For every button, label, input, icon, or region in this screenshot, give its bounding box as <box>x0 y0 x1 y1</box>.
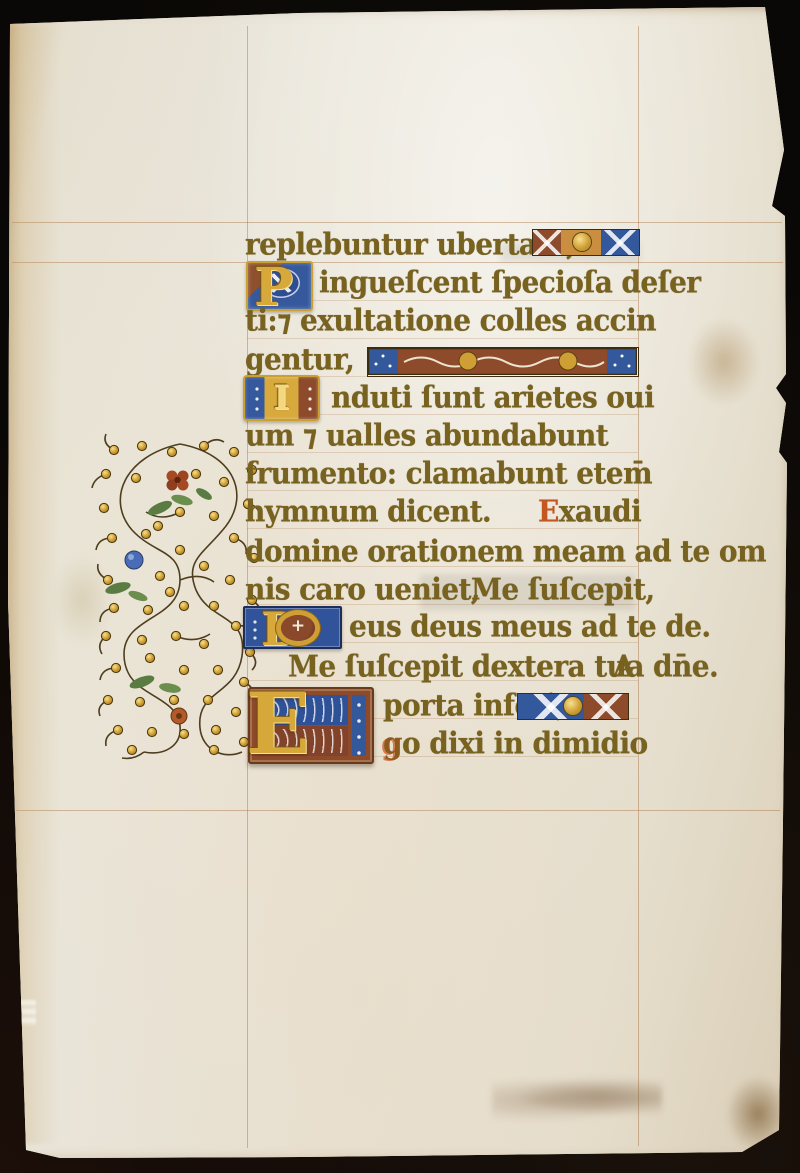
horizontal-ruling <box>12 222 782 223</box>
gold-besant <box>225 575 234 584</box>
text-line-14: go dixi in dimidio <box>383 726 648 761</box>
photograph-of-manuscript-leaf: replebuntur ubertate,ingueſcent ſpecioſa… <box>0 0 800 1173</box>
gold-besant <box>127 745 136 754</box>
gold-besant <box>165 587 174 596</box>
text-segment: um ⁊ ualles abundabunt <box>245 418 608 453</box>
text-run: ingueſcent ſpecioſa deſer <box>319 277 700 297</box>
cross-orb-ornament: + <box>281 615 315 641</box>
text-segment: replebuntur ubertate, <box>245 227 575 262</box>
gold-besant <box>229 447 238 456</box>
gold-besant <box>99 503 108 512</box>
text-run: ti:⁊ exultatione colles accin <box>245 315 656 335</box>
gold-besant <box>175 507 184 516</box>
gold-besant <box>179 601 188 610</box>
text-line-5: nduti ſunt arietes oui <box>331 380 654 415</box>
illuminated-initial-d: D+ <box>243 606 342 649</box>
text-segment: domine orationem meam ad te om <box>245 534 766 569</box>
floral-border-decoration <box>84 430 268 766</box>
text-segment: ti:⁊ exultatione colles accin <box>245 303 656 338</box>
text-line-6: um ⁊ ualles abundabunt <box>245 418 608 453</box>
filler-segment <box>561 230 601 255</box>
gold-besant <box>179 729 188 738</box>
dotted-bar <box>352 695 366 756</box>
gold-besant <box>147 727 156 736</box>
text-run: replebuntur ubertate, <box>245 239 575 259</box>
gold-besant <box>203 695 212 704</box>
text-run: eus deus meus ad te de. <box>349 621 711 641</box>
text-run: A <box>613 649 634 684</box>
gold-besant <box>167 447 176 456</box>
gold-besant <box>231 707 240 716</box>
gold-besant <box>199 639 208 648</box>
gold-besant <box>109 445 118 454</box>
text-run: gentur, <box>245 354 354 374</box>
gold-besant <box>137 635 146 644</box>
text-segment: g <box>383 726 402 761</box>
filler-segment <box>601 230 639 255</box>
gold-besant <box>211 725 220 734</box>
illuminated-initial-i: I <box>243 375 320 421</box>
gold-besant <box>109 603 118 612</box>
text-run: Me ſuſcepit dextera tua dn̄e. <box>288 661 718 681</box>
gold-besant <box>143 605 152 614</box>
gold-besant <box>169 695 178 704</box>
line-filler <box>517 693 629 720</box>
text-run: Exaudi <box>538 494 641 529</box>
text-run: frumento: clamabunt etem̄ <box>245 468 652 488</box>
gold-besant <box>209 601 218 610</box>
left-edge-toning <box>8 24 58 1144</box>
gold-besant <box>101 631 110 640</box>
gold-besant <box>209 745 218 754</box>
text-segment: gentur, <box>245 342 354 377</box>
text-run: um ⁊ ualles abundabunt <box>245 430 608 450</box>
horizontal-ruling <box>12 262 783 263</box>
text-segment: Me ſuſcepit, <box>471 572 655 607</box>
text-segment: xaudi <box>559 494 641 529</box>
gold-besant <box>101 469 110 478</box>
edge-label-mark <box>14 1000 36 1026</box>
stain-right-margin <box>688 318 760 406</box>
initial-letter: E <box>246 682 310 766</box>
ghost-writing-show-through <box>492 1074 662 1122</box>
illuminated-initial-e: E <box>248 687 374 764</box>
orange-flower <box>171 708 187 724</box>
manuscript-leaf: replebuntur ubertate,ingueſcent ſpecioſa… <box>0 0 800 1173</box>
rubric-letter: E <box>538 494 559 529</box>
text-run: Me ſuſcepit, <box>471 572 655 607</box>
gold-besant <box>199 441 208 450</box>
gold-besant <box>171 631 180 640</box>
filler-segment <box>533 230 561 255</box>
gold-besant <box>213 665 222 674</box>
gold-besant <box>209 511 218 520</box>
gold-besant <box>107 533 116 542</box>
gold-besant <box>179 665 188 674</box>
gold-disc <box>573 233 591 251</box>
gold-besant <box>141 529 150 538</box>
text-segment: o dixi in dimidio <box>402 726 648 761</box>
gold-besant <box>229 533 238 542</box>
text-run: nis caro ueniet, <box>245 584 480 604</box>
gold-besant <box>103 695 112 704</box>
text-line-3: ti:⁊ exultatione colles accin <box>245 303 656 338</box>
initial-letter: I <box>245 378 318 418</box>
gold-besant <box>219 477 228 486</box>
white-cross: + <box>281 616 315 636</box>
line-filler <box>367 347 639 377</box>
horizontal-ruling <box>247 338 638 339</box>
text-segment: nduti ſunt arietes oui <box>331 380 654 415</box>
wave-filler-art <box>368 348 637 375</box>
text-run: nduti ſunt arietes oui <box>331 392 654 412</box>
gold-besant <box>199 561 208 570</box>
text-line-11: eus deus meus ad te de. <box>349 609 711 644</box>
gold-besant <box>155 571 164 580</box>
text-segment: ingueſcent ſpecioſa deſer <box>319 265 700 300</box>
gold-besant <box>231 621 240 630</box>
text-line-4: gentur, <box>245 342 354 377</box>
text-line-2: ingueſcent ſpecioſa deſer <box>319 265 700 300</box>
gold-besant <box>113 725 122 734</box>
gold-disc <box>564 697 582 715</box>
gold-besant <box>175 545 184 554</box>
stain-bottom-right-corner <box>726 1076 790 1152</box>
blue-flower <box>125 551 143 569</box>
gold-besant <box>103 575 112 584</box>
text-segment: frumento: clamabunt etem̄ <box>245 456 652 491</box>
text-line-7: frumento: clamabunt etem̄ <box>245 456 652 491</box>
gold-besant <box>137 441 146 450</box>
gold-besant <box>153 521 162 530</box>
text-run: hymnum dicent. <box>245 506 491 526</box>
text-line-8: hymnum dicent.Exaudi <box>245 494 491 529</box>
text-run: domine orationem meam ad te om <box>245 546 766 566</box>
text-run: go dixi in dimidio <box>383 738 648 758</box>
gold-besant <box>111 663 120 672</box>
red-rose-flower <box>167 471 189 491</box>
horizontal-ruling <box>16 810 780 811</box>
text-segment: A <box>613 649 634 684</box>
filler-segment <box>584 694 628 719</box>
text-line-9: domine orationem meam ad te om <box>245 534 766 569</box>
line-filler <box>532 229 640 256</box>
gold-besant <box>191 469 200 478</box>
gold-besant <box>135 697 144 706</box>
text-segment: eus deus meus ad te de. <box>349 609 711 644</box>
gold-besant <box>131 473 140 482</box>
text-line-12: Me ſuſcepit dextera tua dn̄e.A <box>288 649 718 684</box>
text-line-1: replebuntur ubertate, <box>245 227 575 262</box>
text-segment: hymnum dicent. <box>245 494 491 529</box>
gold-besant <box>145 653 154 662</box>
text-segment: Me ſuſcepit dextera tua dn̄e. <box>288 649 718 684</box>
